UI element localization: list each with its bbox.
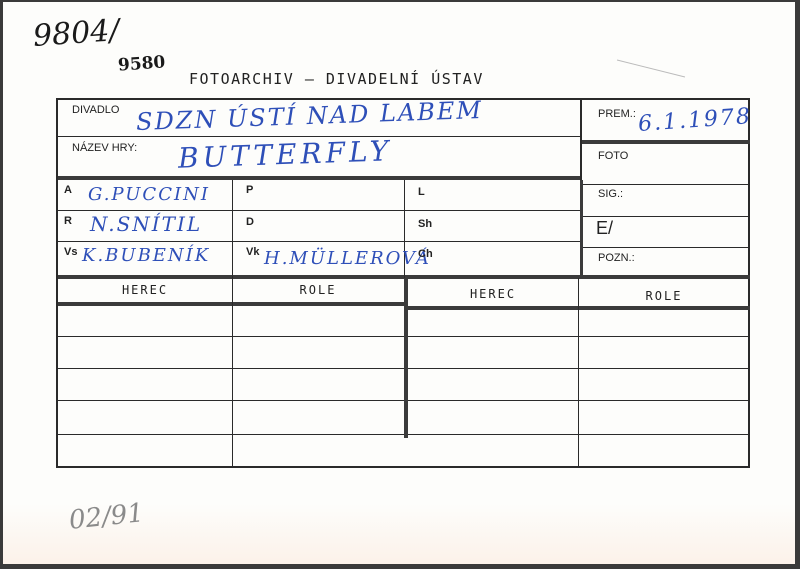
header-herec-1: HEREC xyxy=(58,283,232,297)
field-vk-value: H.MÜLLEROVÁ xyxy=(264,248,431,269)
archive-number-main: 9804/ xyxy=(32,13,121,54)
field-vs-value: K.BUBENÍK xyxy=(82,245,210,266)
field-vs-label: Vs xyxy=(64,246,77,258)
foto-label: FOTO xyxy=(598,150,628,162)
field-a-value: G.PUCCINI xyxy=(88,184,210,205)
field-l-label: L xyxy=(418,186,425,198)
field-vk-label: Vk xyxy=(246,246,259,258)
field-ch-label: Ch xyxy=(418,248,433,260)
nazev-hry-label: NÁZEV HRY: xyxy=(72,142,137,154)
archive-card-photo: 9804/ 9580 FOTOARCHIV — DIVADELNÍ ÚSTAV … xyxy=(3,2,795,564)
premiera-label: PREM.: xyxy=(598,108,636,120)
field-r-value: N.SNÍTIL xyxy=(90,212,202,236)
record-card: DIVADLO SDZN ÚSTÍ NAD LABEM PREM.: 6.1.1… xyxy=(56,98,750,468)
premiera-value: 6.1.1978 xyxy=(637,104,752,137)
nazev-hry-value: BUTTERFLY xyxy=(177,134,392,174)
sig-label: SIG.: xyxy=(598,188,623,200)
pozn-label: POZN.: xyxy=(598,252,635,264)
field-d-label: D xyxy=(246,216,254,228)
header-role-1: ROLE xyxy=(232,283,404,297)
stamp-title: FOTOARCHIV — DIVADELNÍ ÚSTAV xyxy=(189,70,484,88)
field-r-label: R xyxy=(64,215,72,227)
field-p-label: P xyxy=(246,184,253,196)
pen-stroke xyxy=(617,60,685,78)
sig-code-value: E/ xyxy=(596,218,613,239)
divadlo-label: DIVADLO xyxy=(72,104,119,116)
archive-number-sub: 9580 xyxy=(117,52,166,75)
divadlo-value: SDZN ÚSTÍ NAD LABEM xyxy=(136,96,484,136)
field-sh-label: Sh xyxy=(418,218,432,230)
field-a-label: A xyxy=(64,184,72,196)
header-herec-2: HEREC xyxy=(408,287,578,301)
header-role-2: ROLE xyxy=(578,289,750,303)
